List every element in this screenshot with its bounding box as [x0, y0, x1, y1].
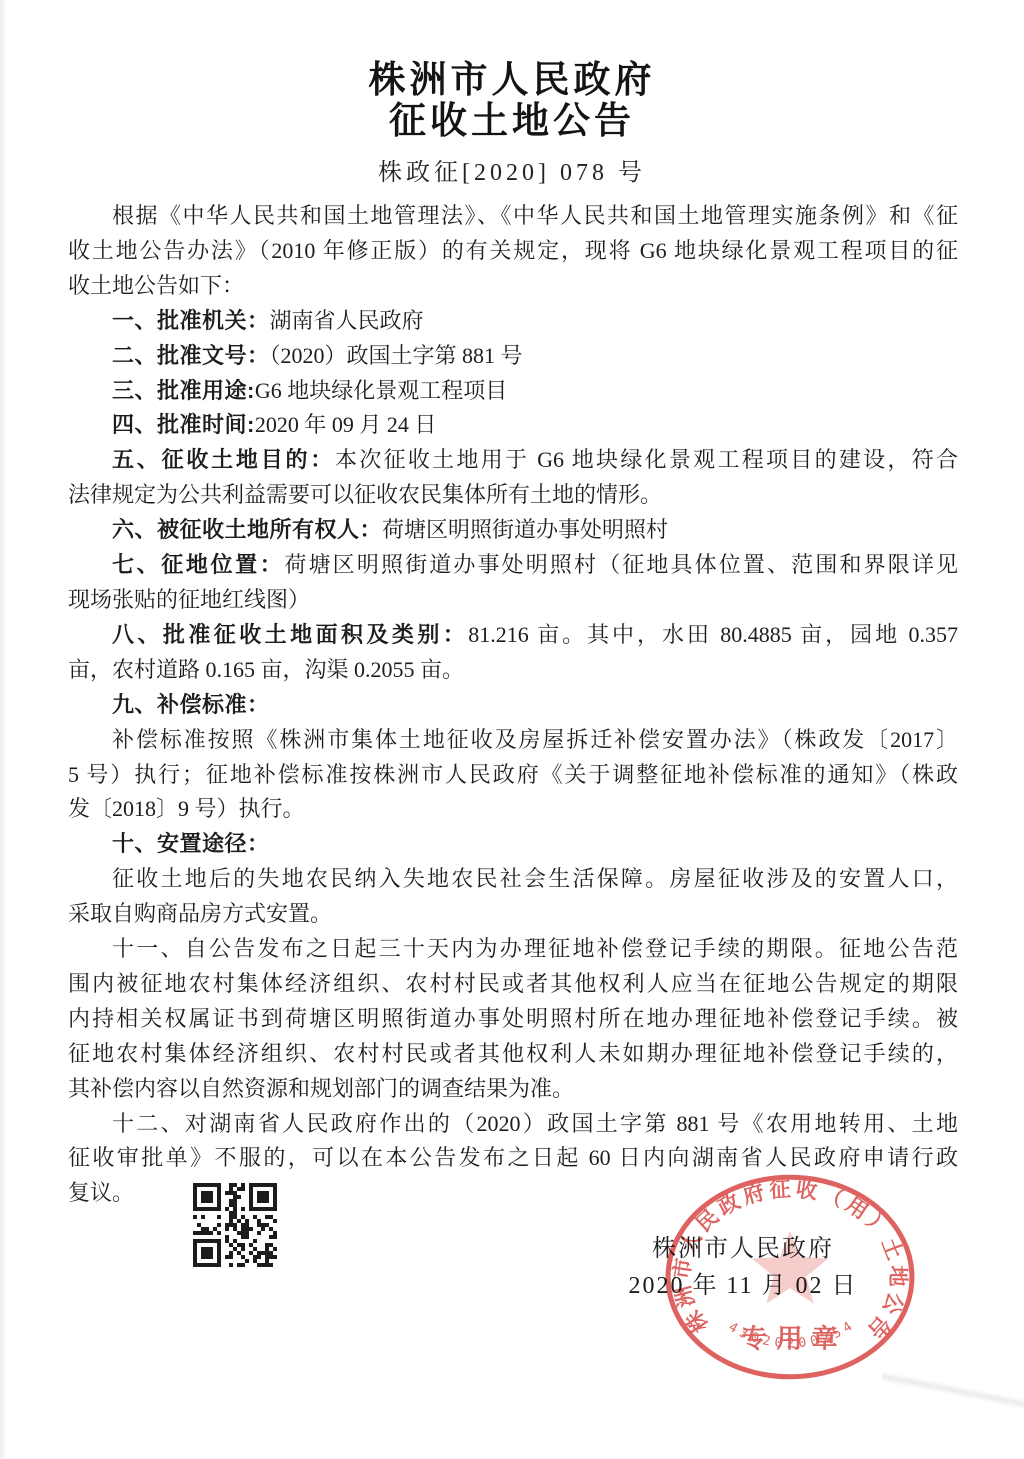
- body-label-bold: 十、安置途径：: [112, 831, 270, 856]
- body-label-bold: 九、补偿标准：: [112, 692, 270, 717]
- body-label-bold: 四、批准时间:: [112, 412, 255, 437]
- body-line: 现场张贴的征地红线图）: [68, 583, 958, 618]
- body-line: 七、征地位置：荷塘区明照街道办事处明照村（征地具体位置、范围和界限详见: [68, 548, 958, 583]
- body-label-bold: 八、批准征收土地面积及类别：: [112, 622, 468, 647]
- body-text: 亩，农村道路 0.165 亩，沟渠 0.2055 亩。: [68, 657, 464, 682]
- body-line: 根据《中华人民共和国土地管理法》、《中华人民共和国土地管理实施条例》和《征: [68, 199, 958, 234]
- scan-edge-shade: [0, 0, 7, 1459]
- body-text: 荷塘区明照街道办事处明照村: [382, 517, 668, 542]
- body-text: 湖南省人民政府: [270, 308, 424, 333]
- body-line: 六、被征收土地所有权人：荷塘区明照街道办事处明照村: [68, 513, 958, 548]
- body-line: 十二、对湖南省人民政府作出的（2020）政国土字第 881 号《农用地转用、土地: [68, 1107, 958, 1142]
- body-label-bold: 二、批准文号：: [112, 343, 270, 368]
- body-text: （2020）政国土字第 881 号: [270, 343, 523, 368]
- body-line: 征收土地后的失地农民纳入失地农民社会生活保障。房屋征收涉及的安置人口，: [68, 862, 958, 897]
- body-line: 十、安置途径：: [68, 827, 958, 862]
- official-seal-stamp: 株洲市人民政府征收（用）土地公告 专用章 4302020025498: [661, 1170, 919, 1384]
- qr-code-icon: [193, 1183, 277, 1267]
- document-body: 根据《中华人民共和国土地管理法》、《中华人民共和国土地管理实施条例》和《征收土地…: [68, 199, 958, 1211]
- body-label-bold: 七、征地位置：: [112, 552, 284, 577]
- body-line: 八、批准征收土地面积及类别：81.216 亩。其中，水田 80.4885 亩，园…: [68, 618, 958, 653]
- body-text: G6 地块绿化景观工程项目: [255, 378, 507, 403]
- body-text: 征收审批单》不服的，可以在本公告发布之日起 60 日内向湖南省人民政府申请行政: [68, 1145, 958, 1170]
- body-line: 五、征收土地目的：本次征收土地用于 G6 地块绿化景观工程项目的建设，符合: [68, 443, 958, 478]
- body-line: 三、批准用途:G6 地块绿化景观工程项目: [68, 374, 958, 409]
- body-line: 四、批准时间:2020 年 09 月 24 日: [68, 408, 958, 443]
- body-line: 一、批准机关：湖南省人民政府: [68, 304, 958, 339]
- body-text: 补偿标准按照《株洲市集体土地征收及房屋拆迁补偿安置办法》（株政发〔2017〕: [112, 727, 958, 752]
- body-line: 内持相关权属证书到荷塘区明照街道办事处明照村所在地办理征地补偿登记手续。被: [68, 1002, 958, 1037]
- document-title-line1: 株洲市人民政府: [0, 60, 1024, 101]
- body-text: 荷塘区明照街道办事处明照村（征地具体位置、范围和界限详见: [284, 552, 958, 577]
- body-text: 2020 年 09 月 24 日: [255, 412, 437, 437]
- document-title-line2: 征收土地公告: [0, 101, 1024, 142]
- body-line: 围内被征地农村集体经济组织、农村村民或者其他权利人应当在征地公告规定的期限: [68, 967, 958, 1002]
- body-label-bold: 三、批准用途:: [112, 378, 255, 403]
- body-text: 十一、自公告发布之日起三十天内为办理征地补偿登记手续的期限。征地公告范: [112, 936, 958, 961]
- body-label-bold: 六、被征收土地所有权人：: [112, 517, 382, 542]
- body-text: 根据《中华人民共和国土地管理法》、《中华人民共和国土地管理实施条例》和《征: [112, 203, 958, 228]
- body-text: 征收土地后的失地农民纳入失地农民社会生活保障。房屋征收涉及的安置人口，: [112, 866, 958, 891]
- body-text: 征地农村集体经济组织、农村村民或者其他权利人未如期办理征地补偿登记手续的，: [68, 1041, 958, 1066]
- body-text: 内持相关权属证书到荷塘区明照街道办事处明照村所在地办理征地补偿登记手续。被: [68, 1006, 958, 1031]
- body-text: 5 号）执行；征地补偿标准按株洲市人民政府《关于调整征地补偿标准的通知》（株政: [68, 762, 958, 787]
- body-line: 征地农村集体经济组织、农村村民或者其他权利人未如期办理征地补偿登记手续的，: [68, 1037, 958, 1072]
- body-text: 现场张贴的征地红线图）: [68, 587, 310, 612]
- body-text: 本次征收土地用于 G6 地块绿化景观工程项目的建设，符合: [335, 447, 958, 472]
- body-text: 收土地公告办法》（2010 年修正版）的有关规定，现将 G6 地块绿化景观工程项…: [68, 238, 958, 263]
- star-icon: [752, 1231, 829, 1304]
- body-line: 二、批准文号：（2020）政国土字第 881 号: [68, 339, 958, 374]
- body-line: 5 号）执行；征地补偿标准按株洲市人民政府《关于调整征地补偿标准的通知》（株政: [68, 758, 958, 793]
- body-line: 九、补偿标准：: [68, 688, 958, 723]
- document-page: 株洲市人民政府 征收土地公告 株政征[2020] 078 号 根据《中华人民共和…: [0, 0, 1024, 1459]
- body-line: 法律规定为公共利益需要可以征收农民集体所有土地的情形。: [68, 478, 958, 513]
- body-label-bold: 一、批准机关：: [112, 308, 270, 333]
- body-text: 81.216 亩。其中，水田 80.4885 亩，园地 0.357: [468, 622, 958, 647]
- body-line: 收土地公告如下：: [68, 269, 958, 304]
- body-text: 法律规定为公共利益需要可以征收农民集体所有土地的情形。: [68, 482, 662, 507]
- body-line: 亩，农村道路 0.165 亩，沟渠 0.2055 亩。: [68, 653, 958, 688]
- body-line: 采取自购商品房方式安置。: [68, 897, 958, 932]
- body-text: 十二、对湖南省人民政府作出的（2020）政国土字第 881 号《农用地转用、土地: [112, 1111, 958, 1136]
- body-text: 收土地公告如下：: [68, 273, 244, 298]
- body-line: 补偿标准按照《株洲市集体土地征收及房屋拆迁补偿安置办法》（株政发〔2017〕: [68, 723, 958, 758]
- body-line: 十一、自公告发布之日起三十天内为办理征地补偿登记手续的期限。征地公告范: [68, 932, 958, 967]
- body-text: 其补偿内容以自然资源和规划部门的调查结果为准。: [68, 1076, 574, 1101]
- body-line: 发〔2018〕9 号）执行。: [68, 792, 958, 827]
- body-text: 围内被征地农村集体经济组织、农村村民或者其他权利人应当在征地公告规定的期限: [68, 971, 958, 996]
- body-text: 采取自购商品房方式安置。: [68, 901, 332, 926]
- document-number: 株政征[2020] 078 号: [0, 152, 1024, 187]
- body-text: 发〔2018〕9 号）执行。: [68, 796, 305, 821]
- document-header: 株洲市人民政府 征收土地公告 株政征[2020] 078 号: [0, 0, 1024, 187]
- body-text: 复议。: [68, 1180, 134, 1205]
- body-label-bold: 五、征收土地目的：: [112, 447, 335, 472]
- body-line: 收土地公告办法》（2010 年修正版）的有关规定，现将 G6 地块绿化景观工程项…: [68, 234, 958, 269]
- body-line: 其补偿内容以自然资源和规划部门的调查结果为准。: [68, 1072, 958, 1107]
